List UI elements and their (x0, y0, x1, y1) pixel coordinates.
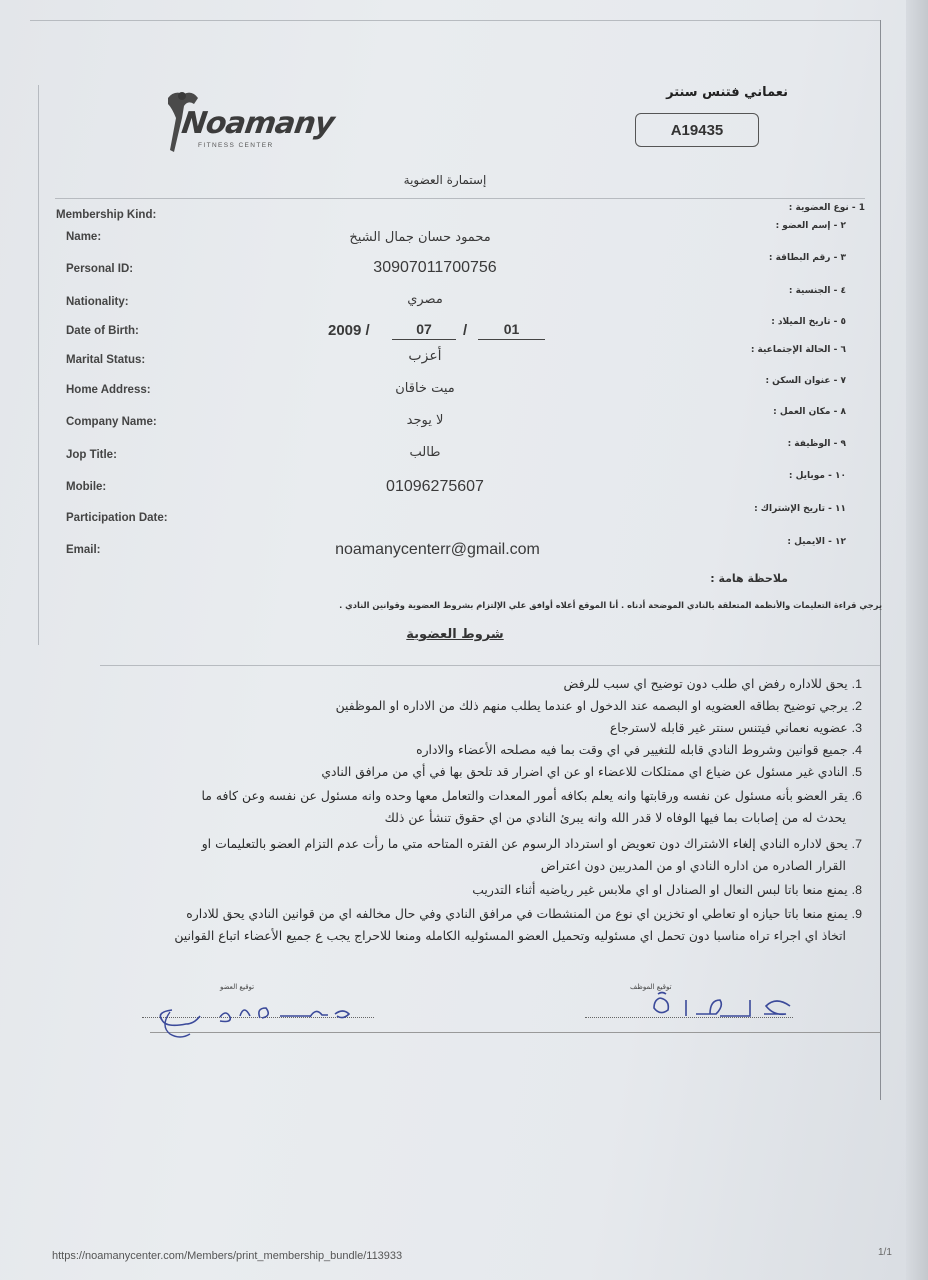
ar-label-job-title: ٩ - الوظيفة : (788, 439, 846, 449)
dob-month: 07 (392, 321, 456, 340)
term-item: 9. يمنع منعا باتا حيازه او تعاطي او تخزي… (72, 903, 862, 947)
ar-label-marital-status: ٦ - الحالة الإجتماعية : (751, 345, 846, 355)
value-name: محمود حسان جمال الشيخ (330, 230, 510, 245)
term-item: 2. يرجي توضيح بطاقه العضويه او البصمه عن… (72, 695, 862, 717)
logo-subtitle: FITNESS CENTER (198, 142, 274, 149)
term-item: 6. يقر العضو بأنه مسئول عن نفسه ورقابتها… (72, 785, 862, 829)
logo-wordmark: Noamany (180, 106, 336, 141)
noamany-logo: Noamany FITNESS CENTER (160, 88, 285, 156)
member-signature-label: توقيع العضو (220, 983, 254, 991)
member-signature-icon (140, 992, 380, 1042)
value-job-title: طالب (395, 445, 455, 460)
value-marital-status: أعزب (390, 348, 460, 364)
ar-label-company-name: ٨ - مكان العمل : (773, 407, 846, 417)
employee-signature-icon (600, 990, 800, 1030)
label-date-of-birth: Date of Birth: (66, 325, 139, 337)
term-item: 5. النادي غير مسئول عن ضياع اي ممتلكات ل… (72, 761, 862, 783)
term-item: 7. يحق لاداره النادي إلغاء الاشتراك دون … (72, 833, 862, 877)
value-personal-id: 30907011700756 (355, 259, 515, 277)
label-nationality: Nationality: (66, 296, 129, 308)
label-marital-status: Marital Status: (66, 354, 145, 366)
ar-label-email: ١٢ - الايميل : (787, 537, 846, 547)
form-title: إستمارة العضوية (380, 173, 510, 187)
ar-label-personal-id: ٣ - رقم البطاقة : (769, 253, 846, 263)
frame-top-border (30, 20, 880, 21)
member-code-box: A19435 (635, 113, 759, 147)
ar-label-mobile: ١٠ - موبايل : (789, 471, 846, 481)
header-divider (55, 198, 865, 199)
term-item: 1. يحق للاداره رفض اي طلب دون توضيح اي س… (72, 673, 862, 695)
dob-day: 01 (478, 321, 545, 340)
label-membership-kind: Membership Kind: (56, 209, 156, 221)
page-number: 1/1 (878, 1247, 892, 1258)
footer-url: https://noamanycenter.com/Members/print_… (52, 1250, 402, 1262)
ar-label-home-address: ٧ - عنوان السكن : (765, 376, 846, 386)
value-home-address: ميت خاقان (375, 381, 475, 396)
frame-right-border (880, 20, 881, 1100)
value-email: noamanycenterr@gmail.com (310, 541, 565, 559)
ar-label-name: ٢ - إسم العضو : (776, 221, 846, 231)
label-mobile: Mobile: (66, 481, 106, 493)
important-note-title: ملاحظة هامة : (710, 572, 788, 585)
term-item: 8. يمنع منعا باتا لبس النعال او الصنادل … (72, 879, 862, 901)
ar-label-date-of-birth: ٥ - تاريخ الميلاد : (771, 317, 846, 327)
club-name: نعماني فتنس سنتر (666, 85, 788, 100)
dob-separator: / (463, 322, 467, 339)
ar-label-membership-kind: 1 - نوع العضوية : (789, 203, 865, 213)
ar-label-nationality: ٤ - الجنسية : (789, 286, 846, 296)
terms-divider (100, 665, 880, 666)
important-note-text: يرجي قراءة التعليمات والأنظمة المتعلقة ب… (122, 600, 882, 610)
ar-label-participation-date: ١١ - تاريخ الإشتراك : (754, 504, 846, 514)
paper-edge (906, 0, 928, 1280)
membership-terms-list: 1. يحق للاداره رفض اي طلب دون توضيح اي س… (72, 673, 862, 947)
dob-year: 2009 / (328, 322, 370, 339)
label-home-address: Home Address: (66, 384, 151, 396)
label-email: Email: (66, 544, 101, 556)
frame-left-border (38, 85, 39, 645)
value-company-name: لا يوجد (385, 413, 465, 428)
label-company-name: Company Name: (66, 416, 157, 428)
term-item: 3. عضويه نعماني فيتنس سنتر غير قابله لاس… (72, 717, 862, 739)
label-name: Name: (66, 231, 101, 243)
label-personal-id: Personal ID: (66, 263, 133, 275)
value-nationality: مصري (385, 292, 465, 307)
term-item: 4. جميع قوانين وشروط النادي قابله للتغيي… (72, 739, 862, 761)
value-mobile: 01096275607 (360, 478, 510, 496)
membership-terms-title: شروط العضوية (400, 627, 510, 642)
label-job-title: Jop Title: (66, 449, 117, 461)
label-participation-date: Participation Date: (66, 512, 168, 524)
